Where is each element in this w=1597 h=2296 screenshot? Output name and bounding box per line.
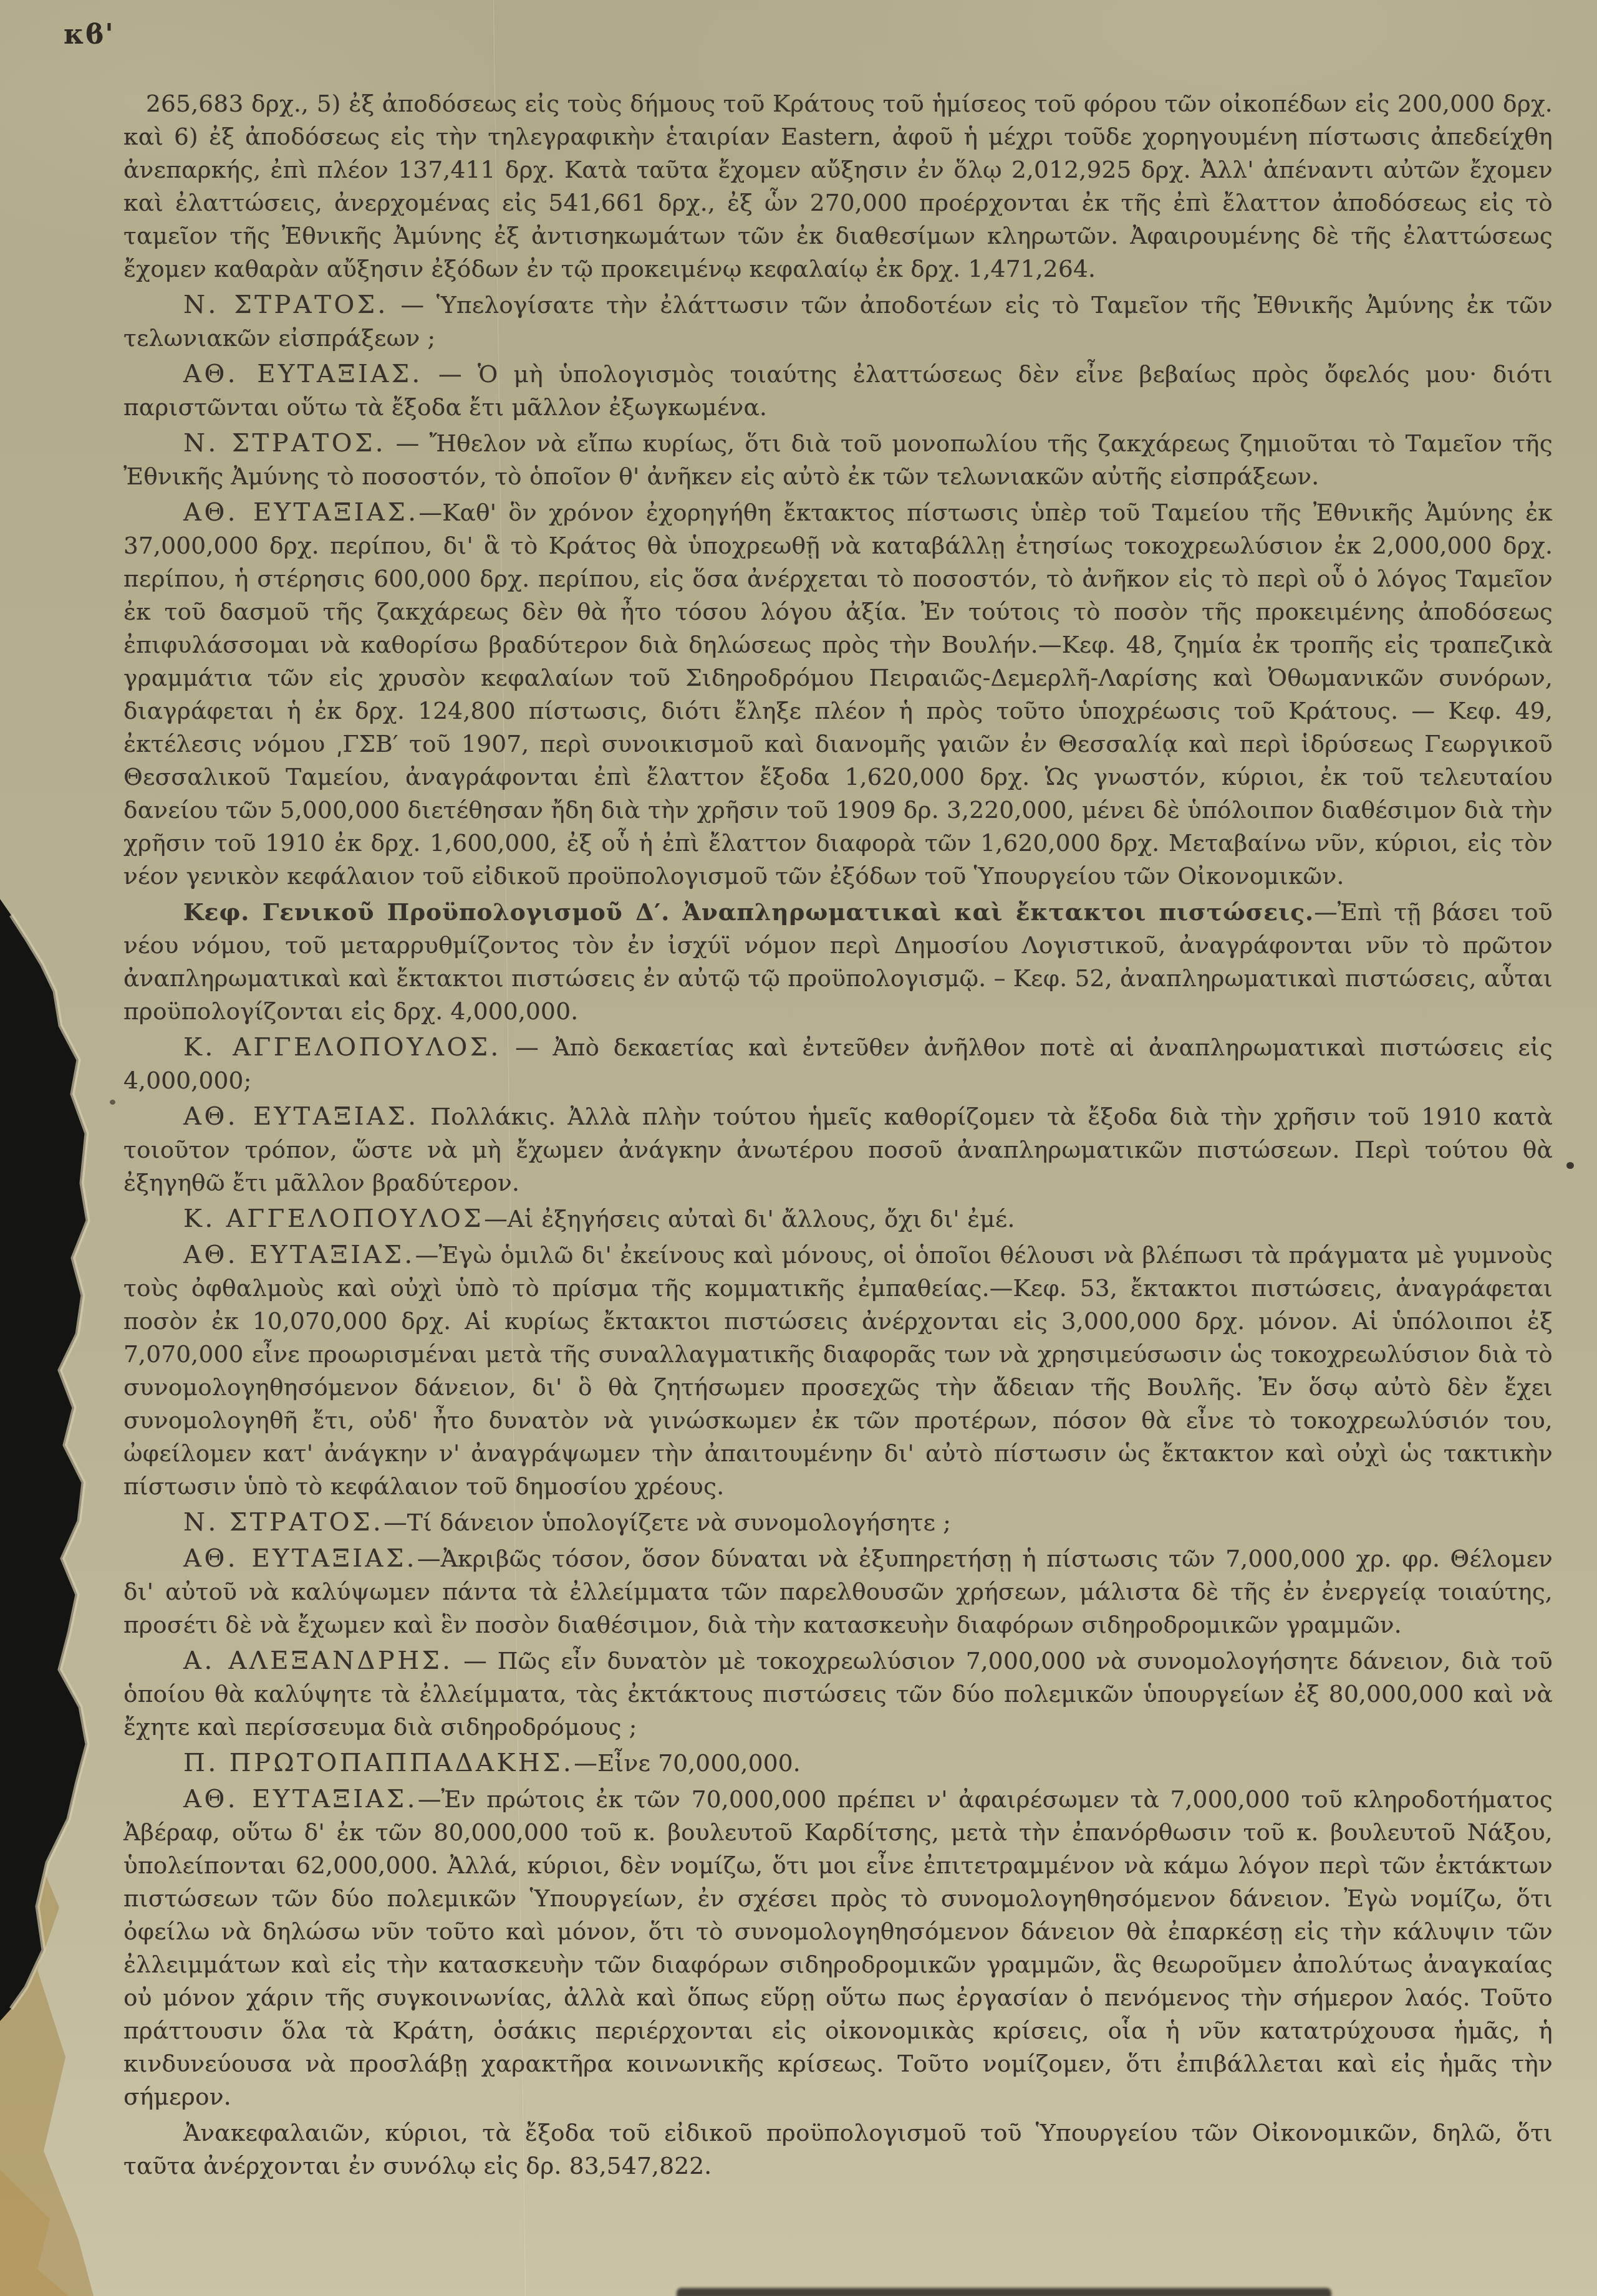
section-heading: Κεφ. Γενικοῦ Προϋπολογισμοῦ Δ′. Ἀναπληρω…: [183, 898, 1314, 926]
speaker-name: ΑΘ. ΕΥΤΑΞΙΑΣ.: [183, 1102, 418, 1131]
speech-text: —Καθ' ὃν χρόνον ἐχορηγήθη ἔκτακτος πίστω…: [123, 499, 1553, 890]
speech-text: —Ἐν πρώτοις ἐκ τῶν 70,000,000 πρέπει ν' …: [123, 1785, 1553, 2110]
page-number: κϐ': [64, 19, 115, 50]
text-column: 265,683 δρχ., 5) ἐξ ἀποδόσεως εἰς τοὺς δ…: [123, 87, 1553, 2186]
speaker-name: Κ. ΑΓΓΕΛΟΠΟΥΛΟΣ: [183, 1204, 484, 1233]
speech-paragraph: Ν. ΣΤΡΑΤΟΣ. — Ὑπελογίσατε τὴν ἐλάττωσιν …: [123, 289, 1553, 355]
scanned-document-page: κϐ' 265,683 δρχ., 5) ἐξ ἀποδόσεως εἰς το…: [0, 0, 1597, 2296]
speech-text: —Αἱ ἐξηγήσεις αὐταὶ δι' ἄλλους, ὄχι δι' …: [484, 1205, 1015, 1232]
torn-black-region: [0, 899, 88, 2021]
torn-paper-rim: [11, 915, 88, 2009]
paragraph-text: Ἀνακεφαλαιῶν, κύριοι, τὰ ἔξοδα τοῦ εἰδικ…: [123, 2119, 1553, 2179]
speech-paragraph: ΑΘ. ΕΥΤΑΞΙΑΣ.—Ἐγὼ ὁμιλῶ δι' ἐκείνους καὶ…: [123, 1239, 1553, 1503]
section-heading-paragraph: Κεφ. Γενικοῦ Προϋπολογισμοῦ Δ′. Ἀναπληρω…: [123, 896, 1553, 1028]
speech-paragraph: Α. ΑΛΕΞΑΝΔΡΗΣ. — Πῶς εἶν δυνατὸν μὲ τοκο…: [123, 1645, 1553, 1744]
speech-paragraph: ΑΘ. ΕΥΤΑΞΙΑΣ.—Καθ' ὃν χρόνον ἐχορηγήθη ἔ…: [123, 496, 1553, 893]
ink-speck: [110, 1100, 115, 1105]
speech-paragraph: Π. ΠΡΩΤΟΠΑΠΠΑΔΑΚΗΣ.—Εἶνε 70,000,000.: [123, 1747, 1553, 1780]
paragraph: 265,683 δρχ., 5) ἐξ ἀποδόσεως εἰς τοὺς δ…: [123, 87, 1553, 286]
paper-stain: [0, 1820, 94, 2296]
speaker-name: Π. ΠΡΩΤΟΠΑΠΠΑΔΑΚΗΣ.: [183, 1749, 574, 1777]
speech-paragraph: Κ. ΑΓΓΕΛΟΠΟΥΛΟΣ—Αἱ ἐξηγήσεις αὐταὶ δι' ἄ…: [123, 1203, 1553, 1236]
speaker-name: ΑΘ. ΕΥΤΑΞΙΑΣ.: [183, 1544, 417, 1573]
speaker-name: ΑΘ. ΕΥΤΑΞΙΑΣ.: [183, 360, 423, 388]
speech-text: —Ἐγὼ ὁμιλῶ δι' ἐκείνους καὶ μόνους, οἱ ὁ…: [123, 1241, 1553, 1500]
speech-paragraph: Ν. ΣΤΡΑΤΟΣ. — Ἤθελον νὰ εἴπω κυρίως, ὅτι…: [123, 427, 1553, 493]
paper-stain-bottom: [0, 2169, 69, 2296]
speaker-name: Ν. ΣΤΡΑΤΟΣ.: [183, 429, 386, 458]
speech-paragraph: Κ. ΑΓΓΕΛΟΠΟΥΛΟΣ. — Ἀπὸ δεκαετίας καὶ ἐντ…: [123, 1031, 1553, 1097]
paragraph-text: 265,683 δρχ., 5) ἐξ ἀποδόσεως εἰς τοὺς δ…: [123, 90, 1553, 282]
speaker-name: ΑΘ. ΕΥΤΑΞΙΑΣ.: [183, 1241, 415, 1269]
speaker-name: Κ. ΑΓΓΕΛΟΠΟΥΛΟΣ.: [183, 1033, 501, 1062]
ink-dot: [1566, 1162, 1574, 1169]
speaker-name: ΑΘ. ΕΥΤΑΞΙΑΣ.: [183, 498, 418, 527]
speaker-name: Ν. ΣΤΡΑΤΟΣ.: [183, 1508, 384, 1537]
closing-paragraph: Ἀνακεφαλαιῶν, κύριοι, τὰ ἔξοδα τοῦ εἰδικ…: [123, 2116, 1553, 2183]
speech-paragraph: ΑΘ. ΕΥΤΑΞΙΑΣ. — Ὁ μὴ ὑπολογισμὸς τοιαύτη…: [123, 358, 1553, 424]
speaker-name: Α. ΑΛΕΞΑΝΔΡΗΣ.: [183, 1646, 453, 1675]
speech-text: —Τί δάνειον ὑπολογίζετε νὰ συνομολογήσητ…: [384, 1509, 951, 1536]
speech-paragraph: ΑΘ. ΕΥΤΑΞΙΑΣ.—Ἀκριβῶς τόσον, ὅσον δύνατα…: [123, 1542, 1553, 1641]
speech-paragraph: Ν. ΣΤΡΑΤΟΣ.—Τί δάνειον ὑπολογίζετε νὰ συ…: [123, 1506, 1553, 1539]
speech-paragraph: ΑΘ. ΕΥΤΑΞΙΑΣ. Πολλάκις. Ἀλλὰ πλὴν τούτου…: [123, 1100, 1553, 1199]
speech-paragraph: ΑΘ. ΕΥΤΑΞΙΑΣ.—Ἐν πρώτοις ἐκ τῶν 70,000,0…: [123, 1783, 1553, 2113]
bottom-scan-edge: [677, 2288, 1331, 2296]
speaker-name: ΑΘ. ΕΥΤΑΞΙΑΣ.: [183, 1785, 418, 1813]
speech-text: —Εἶνε 70,000,000.: [574, 1749, 801, 1777]
speaker-name: Ν. ΣΤΡΑΤΟΣ.: [183, 291, 388, 319]
